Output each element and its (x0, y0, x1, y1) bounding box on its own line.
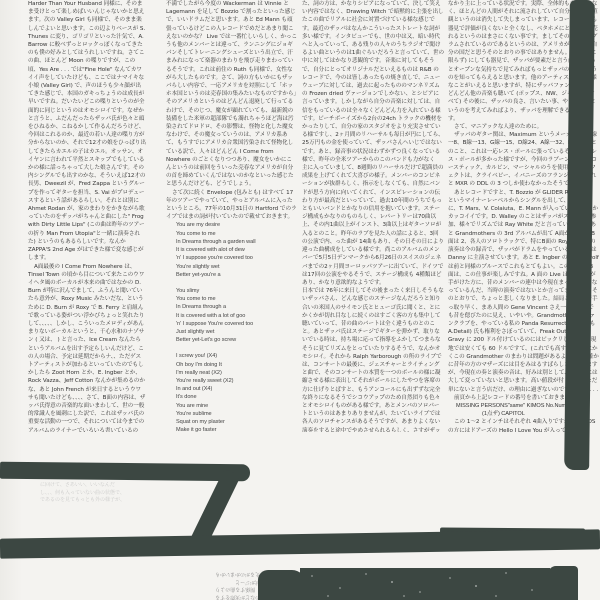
lyric-line: It is covered with a lot of goo (166, 312, 297, 320)
lyric-line: In and out (X4) (166, 385, 297, 393)
lyrics-block-1: You are my desire You come to me In Drea… (166, 221, 297, 278)
lyric-line: 'n' I suppose You're covered too (166, 320, 297, 328)
lyric-line: Oh boy I'm doing It (166, 361, 297, 369)
bleed-line: であるのを見てもっとも外の様子が、 (40, 497, 220, 505)
article-column-2: 不満でしたがら今度の Wackerman は Vinnie と Lagemann… (166, 0, 297, 432)
brush-stroke-horizontal-upper (0, 462, 250, 482)
lyric-line: I screw you! (X4) (166, 352, 297, 360)
paragraph: 不満でしたがら今度の Wackerman は Vinnie と Lagemann… (166, 0, 297, 189)
lyric-line: You come to me (166, 295, 297, 303)
spacer (166, 344, 297, 352)
spacer (166, 279, 297, 287)
paragraph: A面最後の I Come From Nowhere は、Tinsel Town … (28, 263, 146, 433)
paragraph: 日本では 76年に来日してその後まったく来日しそうもないザッパさん、どんな感じの… (302, 287, 444, 432)
starfield-illustration (300, 568, 550, 600)
lyric-line: In Dreams through a (166, 303, 297, 311)
lyric-line: Squat on my plaster (166, 418, 297, 426)
lyric-line: Just slightly wet (166, 328, 297, 336)
lyrics-block-2: You slimy You come to me In Dreams throu… (166, 287, 297, 344)
silhouette-shape (258, 570, 306, 600)
paragraph: Harder Than Your Husband 同様に、そのまま受けとって楽し… (28, 0, 146, 263)
paragraph: た、詞の方は、かなりシビアになっていて、決して笑えい内容ではなく、Drawing… (302, 0, 444, 164)
paragraph: 主に入っていまして、8週間のリハーサルだけで超満員の成果を上げてくれて大喜びの様… (302, 164, 444, 287)
lyric-line: You slimy (166, 287, 297, 295)
lyric-line: You are my desire (166, 221, 297, 229)
lyric-line: You come to me (166, 230, 297, 238)
lyric-line: You're really sweet (X2) (166, 377, 297, 385)
article-column-1: Harder Than Your Husband 同様に、そのまま受けとって楽し… (28, 0, 146, 432)
lyric-line: You're sublime (166, 410, 297, 418)
lyric-line: I'm really neat (X2) (166, 369, 297, 377)
lyric-line: Better yet-Let's go screw (166, 336, 297, 344)
silhouette-shape (548, 566, 578, 600)
bleed-through-text: に回けて、さあいい、いいなんだ し、、、何も入っていない曲の状態で、 であるのを… (40, 482, 220, 522)
lyrics-block-3: I screw you! (X4) Oh boy I'm doing It I'… (166, 352, 297, 432)
lyric-line: You are mine (166, 402, 297, 410)
lyric-line: 'n' I suppose you're covered too (166, 254, 297, 262)
paragraph: さて次に続く Envelope (包みとも) はすべて 17年のツアーでやってい… (166, 189, 297, 222)
article-column-3: た、詞の方は、かなりシビアになっていて、決して笑えい内容ではなく、Drawing… (302, 0, 444, 432)
lyric-line: Make it go faster (166, 426, 297, 432)
lyric-line: It is covered with alot of dew (166, 246, 297, 254)
bleed-line: に回けて、さあいい、いいなんだ (40, 482, 220, 490)
bleed-line: し、、、何も入っていない曲の状態で、 (40, 490, 220, 498)
lyric-line: You're slightly wet (166, 263, 297, 271)
brush-stroke-horizontal-lower (0, 529, 600, 558)
lyric-line: Better yet-you're a (166, 271, 297, 279)
lyric-line: In Dreams through a garden wall (166, 238, 297, 246)
page-margin (0, 0, 22, 600)
lyric-line: It's done (166, 393, 297, 401)
